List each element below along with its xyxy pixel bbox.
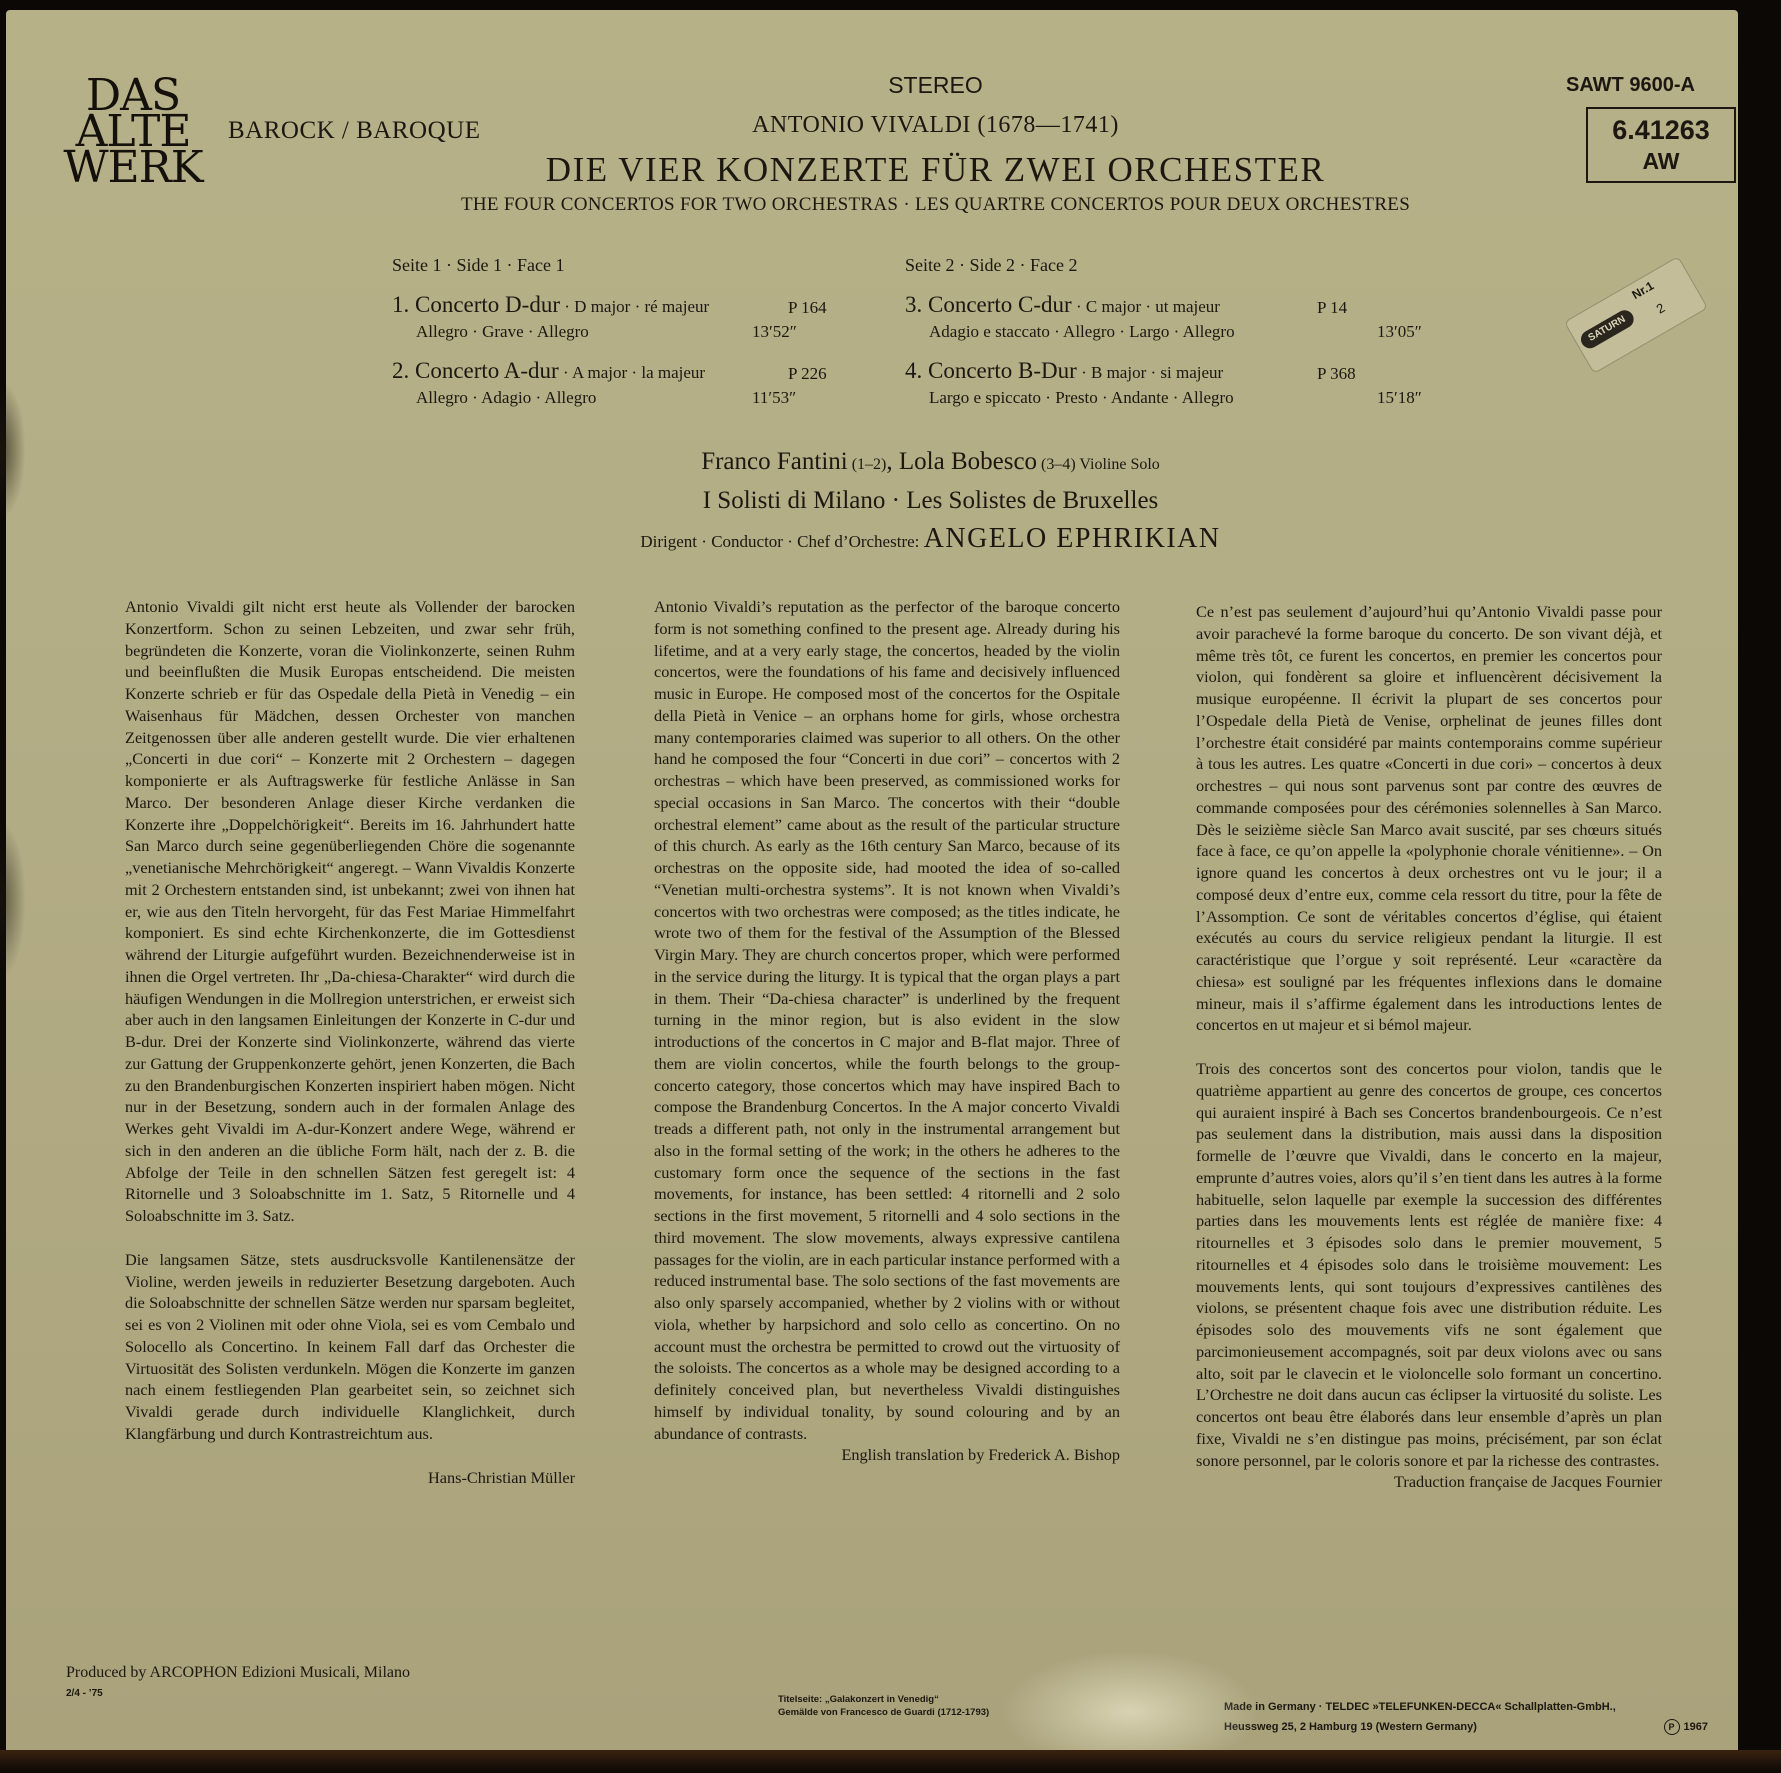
side-label: Seite 1 · Side 1 · Face 1 [392,255,842,276]
track: 2. Concerto A-dur · A major · la majeur … [392,358,842,412]
track-keys: · A major · la majeur [559,363,705,382]
manufacturer-address: Heussweg 25, 2 Hamburg 19 (Western Germa… [1224,1721,1477,1733]
print-date: 2/4 - ’75 [66,1688,103,1699]
sleeve-bottom-edge [0,1750,1781,1773]
track-duration: 13′05″ [1377,322,1422,342]
author-signature: Hans-Christian Müller [125,1467,575,1489]
paragraph: Ce n’est pas seulement d’aujourd’hui qu’… [1196,601,1662,1036]
album-title: DIE VIER KONZERTE FÜR ZWEI ORCHESTER [0,150,1781,190]
conductor-label: Dirigent · Conductor · Chef d’Orchestre: [640,532,923,551]
soloist-tracks: (1–2) [848,456,887,473]
sticker-brand: SATURN [1578,307,1637,352]
conductor-name: ANGELO EPHRIKIAN [924,523,1221,554]
track-movements: Largo e spiccato · Presto · Andante · Al… [929,388,1234,407]
sticker-number: 2 [1654,300,1668,317]
paragraph: Die langsamen Sätze, stets ausdrucksvoll… [125,1249,575,1445]
side-label: Seite 2 · Side 2 · Face 2 [905,255,1445,276]
track: 3. Concerto C-dur · C major · ut majeur … [905,292,1445,346]
track: 4. Concerto B-Dur · B major · si majeur … [905,358,1445,412]
track-title: 3. Concerto C-dur [905,292,1072,317]
conductor-credit: Dirigent · Conductor · Chef d’Orchestre:… [0,523,1781,555]
paragraph: Antonio Vivaldi’s reputation as the perf… [654,596,1120,1444]
track-title: 1. Concerto D-dur [392,292,560,317]
catalog-number: SAWT 9600-A [1566,74,1695,97]
track-title: 4. Concerto B-Dur [905,358,1077,383]
soloists-credit: Franco Fantini (1–2), Lola Bobesco (3–4)… [0,448,1781,476]
copyright-year: P1967 [1664,1717,1708,1737]
album-subtitle: THE FOUR CONCERTOS FOR TWO ORCHESTRAS · … [0,194,1781,216]
soloist-name: Franco Fantini [701,448,848,475]
cover-title: Titelseite: „Galakonzert in Venedig“ [778,1693,989,1706]
soloist-name: , Lola Bobesco [886,448,1037,475]
catalog-box: 6.41263 AW [1586,107,1736,183]
side-2-tracklist: Seite 2 · Side 2 · Face 2 3. Concerto C-… [905,255,1445,424]
side-1-tracklist: Seite 1 · Side 1 · Face 1 1. Concerto D-… [392,255,842,424]
orchestras-credit: I Solisti di Milano · Les Solistes de Br… [0,487,1781,515]
paragraph: Trois des concertos sont des concertos p… [1196,1058,1662,1471]
manufacturer-info: Made in Germany · TELDEC »TELEFUNKEN-DEC… [1224,1697,1708,1737]
producer-credit: Produced by ARCOPHON Edizioni Musicali, … [66,1664,410,1682]
paragraph: Antonio Vivaldi gilt nicht erst heute al… [125,596,575,1227]
box-code: AW [1588,148,1734,175]
cover-art-credit: Titelseite: „Galakonzert in Venedig“ Gem… [778,1693,989,1719]
track-movements: Adagio e staccato · Allegro · Largo · Al… [929,322,1235,341]
track-catalog: P 164 [788,298,827,318]
track-catalog: P 368 [1317,364,1356,384]
track-duration: 13′52″ [752,322,797,342]
shadow [0,820,26,980]
translator-credit: English translation by Frederick A. Bish… [654,1444,1120,1466]
track-duration: 11′53″ [752,388,796,408]
liner-notes-french: Ce n’est pas seulement d’aujourd’hui qu’… [1196,601,1662,1493]
liner-notes-german: Antonio Vivaldi gilt nicht erst heute al… [125,596,575,1488]
translator-credit: Traduction française de Jacques Fournier [1196,1471,1662,1493]
cover-painter: Gemälde von Francesco de Guardi (1712-17… [778,1706,989,1719]
composer: ANTONIO VIVALDI (1678—1741) [0,112,1781,139]
liner-notes-english: Antonio Vivaldi’s reputation as the perf… [654,596,1120,1466]
manufacturer-line: Made in Germany · TELDEC »TELEFUNKEN-DEC… [1224,1697,1708,1717]
track-keys: · C major · ut majeur [1072,297,1220,316]
sticker-label: Nr.1 [1630,279,1657,302]
track-keys: · D major · ré majeur [560,297,709,316]
track-catalog: P 226 [788,364,827,384]
track-title: 2. Concerto A-dur [392,358,559,383]
track-keys: · B major · si majeur [1077,363,1223,382]
soloist-tracks: (3–4) [1037,456,1076,473]
track: 1. Concerto D-dur · D major · ré majeur … [392,292,842,346]
track-movements: Allegro · Grave · Allegro [416,322,589,341]
format-label: STEREO [0,72,1781,99]
box-number: 6.41263 [1588,115,1734,146]
track-movements: Allegro · Adagio · Allegro [416,388,596,407]
soloist-role: Violine Solo [1076,456,1160,473]
year: 1967 [1684,1721,1708,1733]
track-duration: 15′18″ [1377,388,1422,408]
phonogram-icon: P [1664,1719,1680,1735]
track-catalog: P 14 [1317,298,1347,318]
